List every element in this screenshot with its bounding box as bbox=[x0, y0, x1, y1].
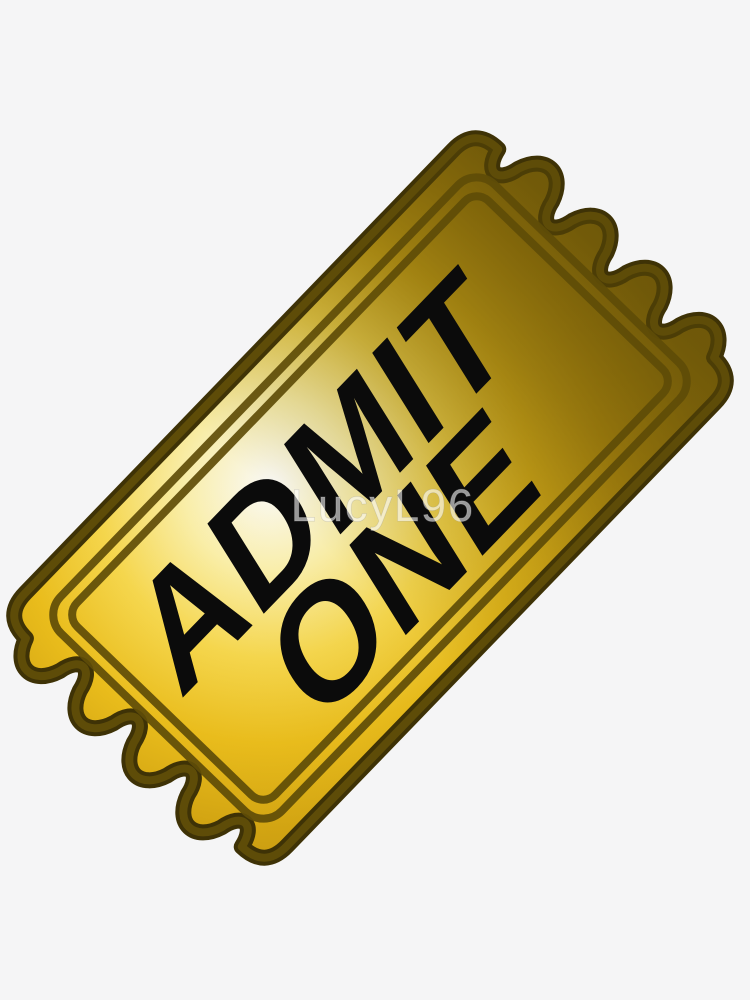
sticker-image: ADMIT ONE LucyL96 bbox=[0, 0, 750, 1000]
watermark-text: LucyL96 bbox=[291, 480, 475, 531]
admit-one-ticket-graphic: ADMIT ONE LucyL96 bbox=[0, 0, 750, 1000]
